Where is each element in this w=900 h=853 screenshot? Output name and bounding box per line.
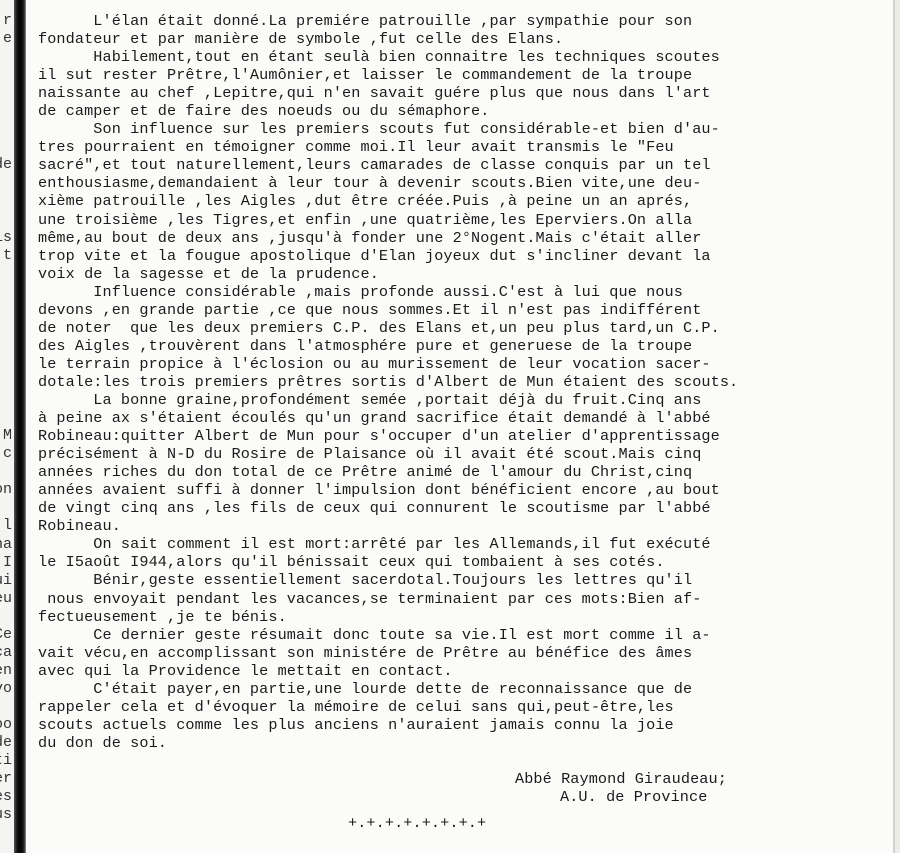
adjacent-page-fragment: on <box>0 481 12 499</box>
text-line: trop vite et la fougue apostolique d'Ela… <box>38 247 888 265</box>
adjacent-page-fragment: r <box>3 12 12 30</box>
text-line: dotale:les trois premiers prêtres sortis… <box>38 373 888 391</box>
text-line: le terrain propice à l'éclosion ou au mu… <box>38 355 888 373</box>
page-right-margin <box>895 0 900 853</box>
adjacent-page-fragment: ,ha <box>0 536 12 554</box>
text-line: il sut rester Prêtre,l'Aumônier,et laiss… <box>38 66 888 84</box>
text-line: même,au bout de deux ans ,jusqu'à fonder… <box>38 229 888 247</box>
typewritten-page: L'élan était donné.La premiére patrouill… <box>38 12 888 832</box>
adjacent-page-fragment: is <box>0 229 12 247</box>
adjacent-page-fragment: ous <box>0 806 12 824</box>
document-body: L'élan était donné.La premiére patrouill… <box>38 12 888 752</box>
text-line: Robineau:quitter Albert de Mun pour s'oc… <box>38 427 888 445</box>
adjacent-page-fragment: ui <box>0 572 12 590</box>
text-line: nous envoyait pendant les vacances,se te… <box>38 590 888 608</box>
text-line: Bénir,geste essentiellement sacerdotal.T… <box>38 571 888 589</box>
book-binding-shadow <box>14 0 26 853</box>
text-line: vait vécu,en accomplissant son ministére… <box>38 644 888 662</box>
text-line: tres pourraient en témoigner comme moi.I… <box>38 138 888 156</box>
adjacent-page-fragment: acer <box>0 770 12 788</box>
closing-ornament: +.+.+.+.+.+.+.+ <box>38 814 888 832</box>
adjacent-page-fragment: hoo <box>0 716 12 734</box>
text-line: On sait comment il est mort:arrêté par l… <box>38 535 888 553</box>
adjacent-page-fragment: de <box>0 734 12 752</box>
text-line: enthousiasme,demandaient à leur tour à d… <box>38 174 888 192</box>
text-line: naissante au chef ,Lepitre,qui n'en sava… <box>38 84 888 102</box>
text-line: fondateur et par manière de symbole ,fut… <box>38 30 888 48</box>
adjacent-page-fragment: e <box>3 30 12 48</box>
text-line: de vingt cinq ans ,les fils de ceux qui … <box>38 499 888 517</box>
adjacent-page-fragment: ives <box>0 788 12 806</box>
text-line: de noter que les deux premiers C.P. des … <box>38 319 888 337</box>
text-line: de camper et de faire des noeuds ou du s… <box>38 102 888 120</box>
text-line: xième patrouille ,les Aigles ,dut être c… <box>38 192 888 210</box>
text-line: une troisième ,les Tigres,et enfin ,une … <box>38 211 888 229</box>
text-line: du don de soi. <box>38 734 888 752</box>
adjacent-page-fragment: vo <box>0 680 12 698</box>
text-line: devons ,en grande partie ,ce que nous so… <box>38 301 888 319</box>
text-line: Ce dernier geste résumait donc toute sa … <box>38 626 888 644</box>
text-line: voix de la sagesse et de la prudence. <box>38 265 888 283</box>
text-line: années avaient suffi à donner l'impulsio… <box>38 481 888 499</box>
text-line: fectueusement ,je te bénis. <box>38 608 888 626</box>
text-line: avec qui la Providence le mettait en con… <box>38 662 888 680</box>
text-line: Son influence sur les premiers scouts fu… <box>38 120 888 138</box>
text-line: précisément à N-D du Rosire de Plaisance… <box>38 445 888 463</box>
text-line: rappeler cela et d'évoquer la mémoire de… <box>38 698 888 716</box>
text-line: sacré",et tout naturellement,leurs camar… <box>38 156 888 174</box>
adjacent-page-fragment: M <box>3 427 12 445</box>
adjacent-page-fragment: nati <box>0 752 12 770</box>
text-line: Habilement,tout en étant seulà bien conn… <box>38 48 888 66</box>
text-line: années riches du don total de ce Prêtre … <box>38 463 888 481</box>
text-line: L'élan était donné.La premiére patrouill… <box>38 12 888 30</box>
adjacent-page-fragment: ca <box>0 644 12 662</box>
adjacent-page-fragment: a I <box>0 554 12 572</box>
signature-title: A.U. de Province <box>38 788 888 806</box>
adjacent-page-fragment: .Ce <box>0 626 12 644</box>
adjacent-page-fragment: en <box>0 662 12 680</box>
adjacent-page-fragment: c <box>3 445 12 463</box>
text-line: C'était payer,en partie,une lourde dette… <box>38 680 888 698</box>
text-line: Influence considérable ,mais profonde au… <box>38 283 888 301</box>
text-line: Robineau. <box>38 517 888 535</box>
text-line: des Aigles ,trouvèrent dans l'atmosphére… <box>38 337 888 355</box>
text-line: à peine ax s'étaient écoulés qu'un grand… <box>38 409 888 427</box>
adjacent-page-fragment: t <box>3 247 12 265</box>
text-line: le I5août I944,alors qu'il bénissait ceu… <box>38 553 888 571</box>
adjacent-page-fragment: e l <box>0 517 12 535</box>
text-line: scouts actuels comme les plus anciens n'… <box>38 716 888 734</box>
text-line: La bonne graine,profondément semée ,port… <box>38 391 888 409</box>
signature-name: Abbé Raymond Giraudeau; <box>38 770 888 788</box>
adjacent-page-fragment: neu <box>0 590 12 608</box>
adjacent-page-fragment: de <box>0 156 12 174</box>
